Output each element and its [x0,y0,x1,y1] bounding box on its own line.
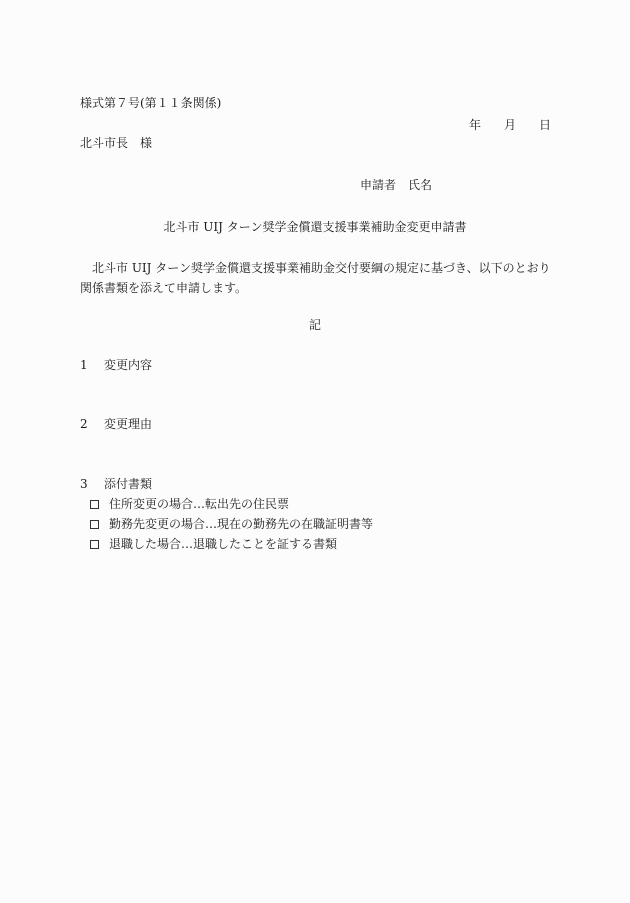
section-change-content: 1変更内容 [80,355,152,375]
section-label: 変更理由 [104,417,152,431]
section-number: 1 [80,355,104,375]
date-line: 年 月 日 [469,115,551,135]
year-label: 年 [469,115,481,135]
applicant-name-label: 申請者 氏名 [360,175,432,195]
addressee: 北斗市長 様 [80,133,152,153]
document-title: 北斗市 UIJ ターン奨学金償還支援事業補助金変更申請書 [0,217,630,237]
section-attachments: 3添付書類 [80,474,152,494]
section-label: 変更内容 [104,358,152,372]
attachment-item: 勤務先変更の場合…現在の勤務先の在職証明書等 [90,514,373,534]
attachment-item: 住所変更の場合…転出先の住民票 [90,494,373,514]
attachment-label: 勤務先変更の場合…現在の勤務先の在職証明書等 [109,514,373,534]
attachment-item: 退職した場合…退職したことを証する書類 [90,534,373,554]
section-label: 添付書類 [104,477,152,491]
checkbox-icon[interactable] [90,500,99,509]
month-label: 月 [504,115,516,135]
section-number: 3 [80,474,104,494]
attachment-label: 退職した場合…退職したことを証する書類 [109,534,337,554]
attachment-label: 住所変更の場合…転出先の住民票 [109,494,289,514]
body-paragraph: 北斗市 UIJ ターン奨学金償還支援事業補助金交付要綱の規定に基づき、以下のとお… [80,258,552,298]
document-page: 様式第７号(第１１条関係) 年 月 日 北斗市長 様 申請者 氏名 北斗市 UI… [0,0,630,903]
attachments-checklist: 住所変更の場合…転出先の住民票 勤務先変更の場合…現在の勤務先の在職証明書等 退… [90,494,373,554]
checkbox-icon[interactable] [90,520,99,529]
checkbox-icon[interactable] [90,540,99,549]
ki-heading: 記 [0,315,630,335]
form-number: 様式第７号(第１１条関係) [80,93,221,113]
day-label: 日 [539,115,551,135]
section-change-reason: 2変更理由 [80,414,152,434]
section-number: 2 [80,414,104,434]
